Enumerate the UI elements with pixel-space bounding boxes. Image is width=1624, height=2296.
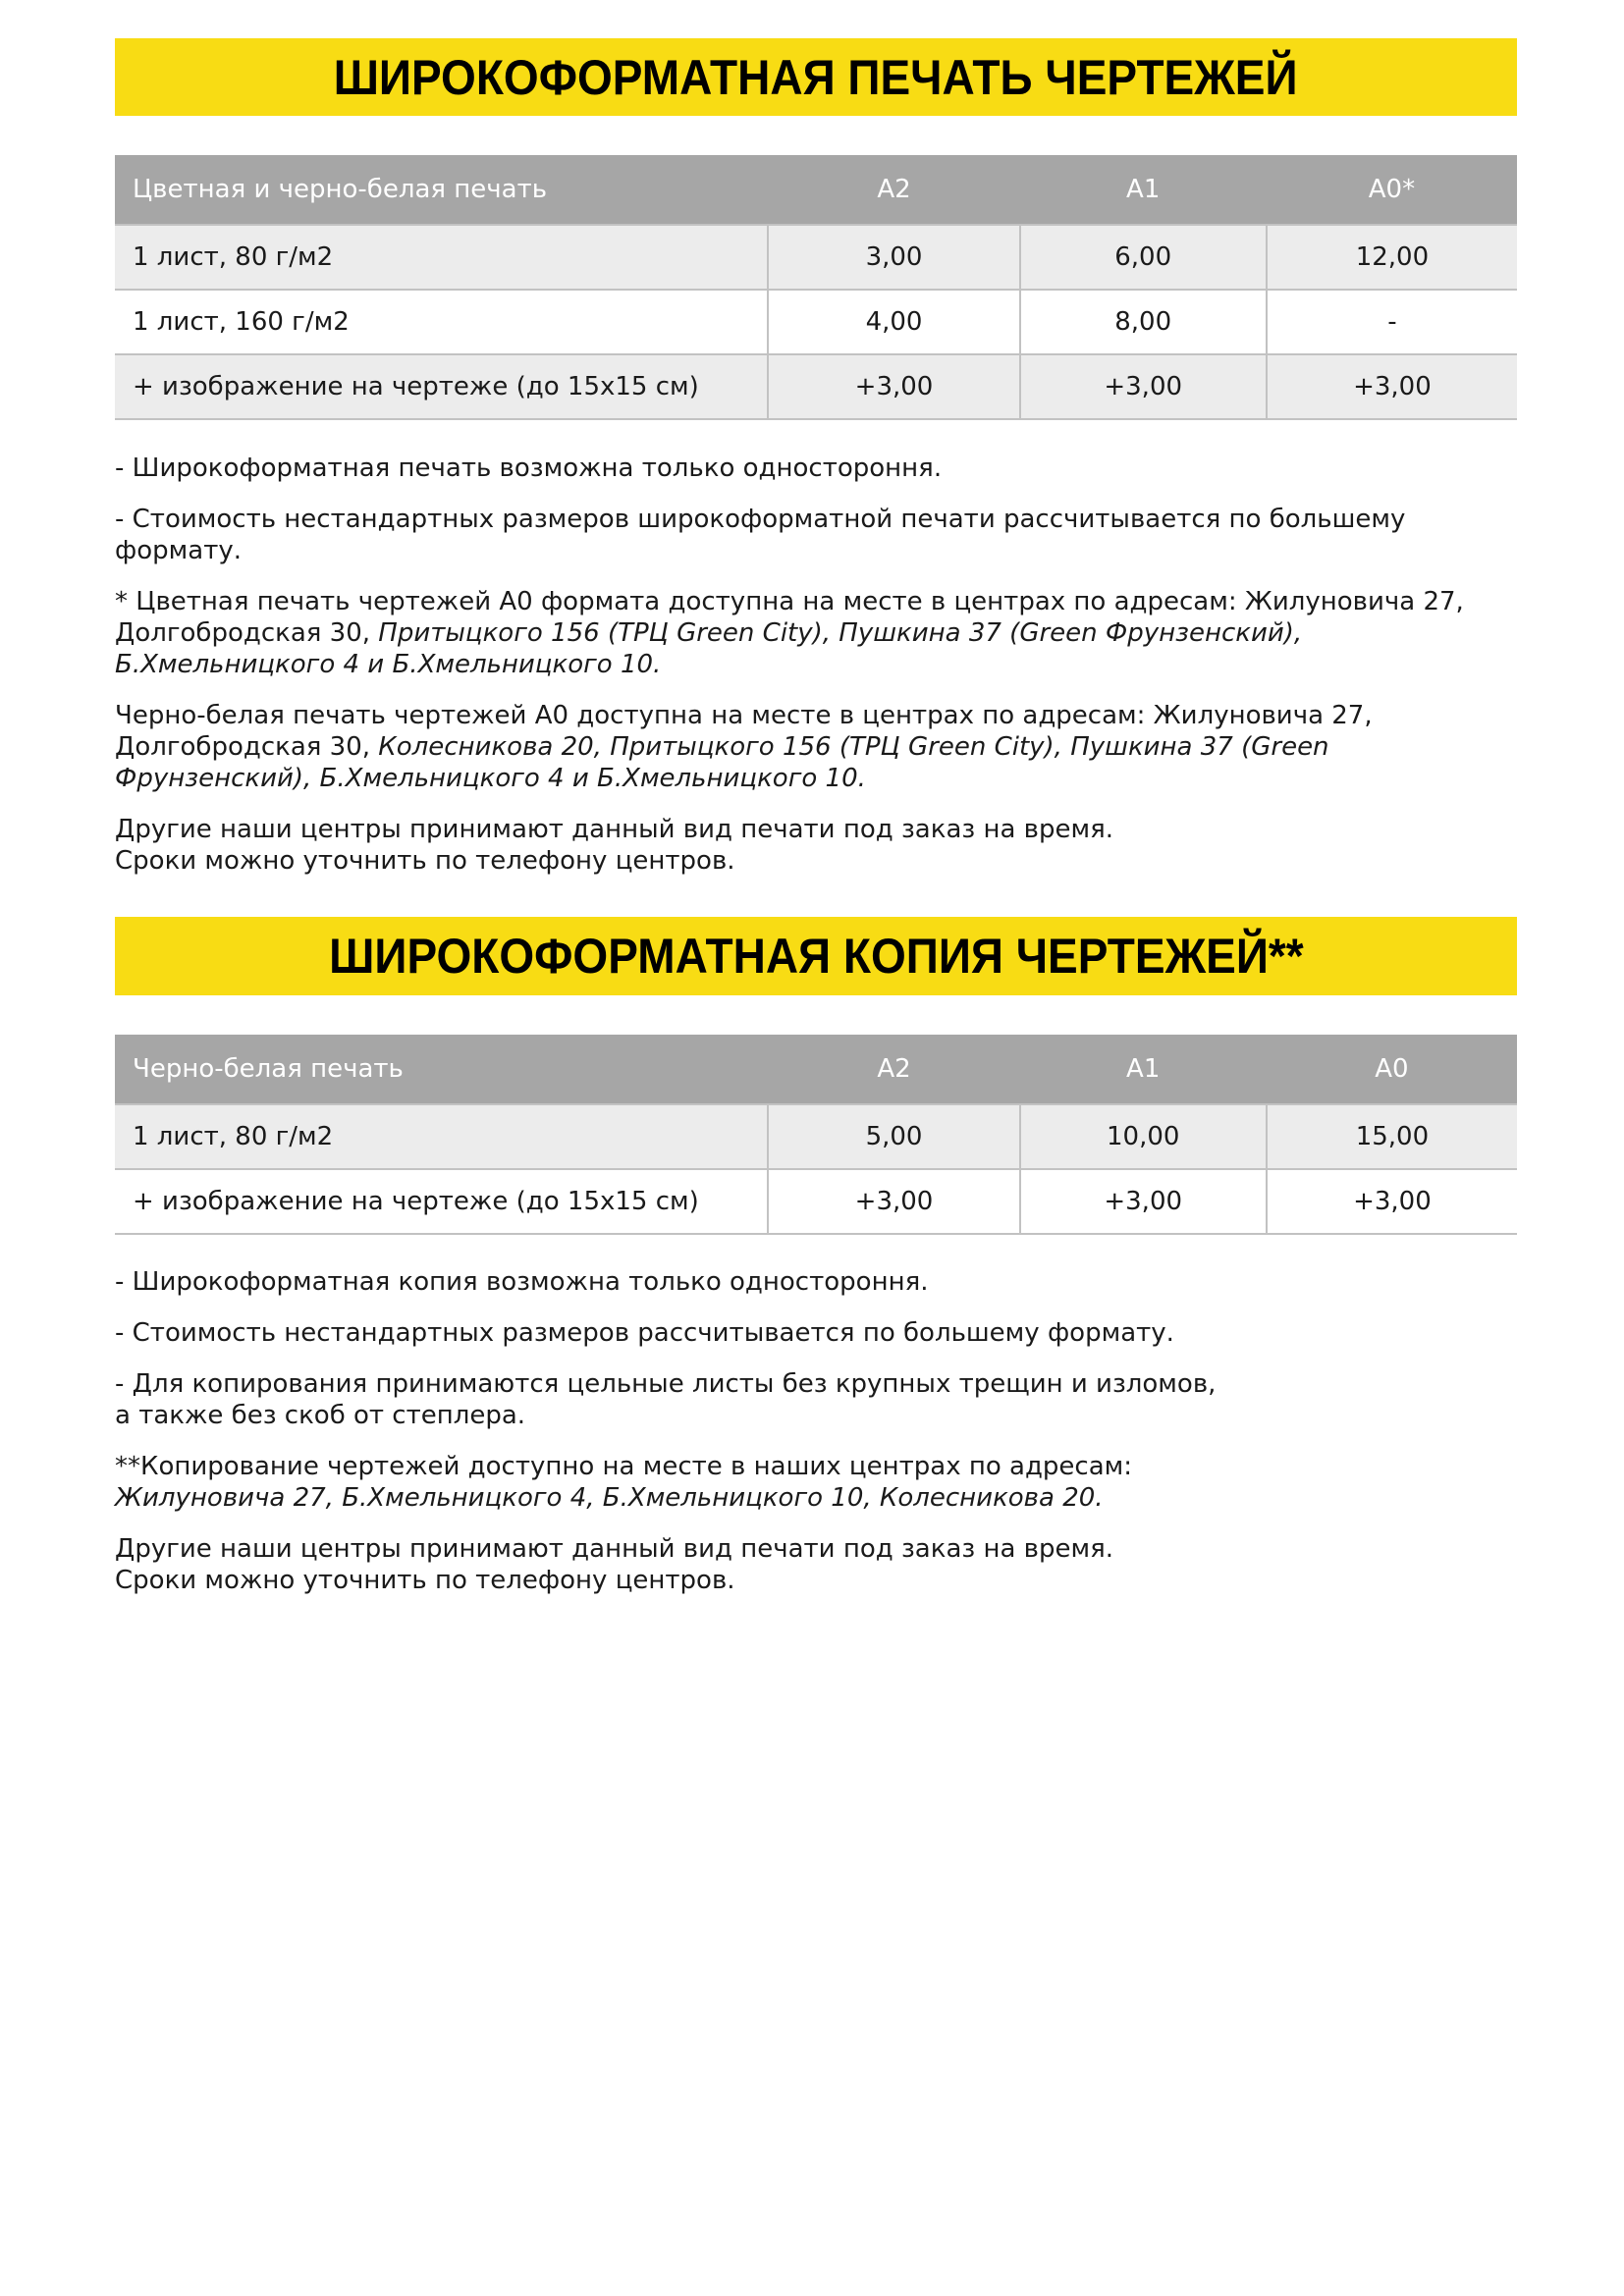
- note-copy-addresses: **Копирование чертежей доступно на месте…: [115, 1451, 1529, 1514]
- note-bw-a0: Черно-белая печать чертежей А0 доступна …: [115, 700, 1431, 794]
- column-header: Цветная и черно-белая печать: [115, 155, 768, 225]
- price-table-copy: Черно-белая печать A2 A1 A0 1 лист, 80 г…: [115, 1035, 1517, 1235]
- table-row: 1 лист, 80 г/м2 5,00 10,00 15,00: [115, 1104, 1517, 1169]
- note: - Для копирования принимаются цельные ли…: [115, 1368, 1529, 1431]
- price-cell: +3,00: [768, 1169, 1019, 1234]
- note: - Стоимость нестандартных размеров рассч…: [115, 1317, 1529, 1349]
- column-header: Черно-белая печать: [115, 1035, 768, 1104]
- table-row: 1 лист, 80 г/м2 3,00 6,00 12,00: [115, 225, 1517, 290]
- row-label: 1 лист, 160 г/м2: [115, 290, 768, 354]
- row-label: 1 лист, 80 г/м2: [115, 1104, 768, 1169]
- note-other-centers: Другие наши центры принимают данный вид …: [115, 1533, 1529, 1596]
- note-other-centers: Другие наши центры принимают данный вид …: [115, 814, 1529, 877]
- price-cell: 12,00: [1267, 225, 1517, 290]
- column-header: A1: [1020, 155, 1267, 225]
- price-table-print: Цветная и черно-белая печать A2 A1 A0* 1…: [115, 155, 1517, 420]
- column-header: A2: [768, 1035, 1019, 1104]
- note-text: - Стоимость нестандартных размеров широк…: [115, 505, 1405, 565]
- price-cell: +3,00: [1020, 354, 1267, 419]
- note-text: **Копирование чертежей доступно на месте…: [115, 1452, 1132, 1481]
- column-header: A1: [1020, 1035, 1267, 1104]
- table-header-row: Черно-белая печать A2 A1 A0: [115, 1035, 1517, 1104]
- table-header-row: Цветная и черно-белая печать A2 A1 A0*: [115, 155, 1517, 225]
- column-header: A0*: [1267, 155, 1517, 225]
- note-text: Сроки можно уточнить по телефону центров…: [115, 846, 735, 876]
- column-header: A2: [768, 155, 1019, 225]
- row-label: + изображение на чертеже (до 15х15 см): [115, 354, 768, 419]
- table-row: + изображение на чертеже (до 15х15 см) +…: [115, 1169, 1517, 1234]
- price-cell: +3,00: [1267, 354, 1517, 419]
- price-cell: 15,00: [1267, 1104, 1517, 1169]
- price-cell: 8,00: [1020, 290, 1267, 354]
- price-cell: -: [1267, 290, 1517, 354]
- section-banner-copy: ШИРОКОФОРМАТНАЯ КОПИЯ ЧЕРТЕЖЕЙ**: [115, 917, 1517, 995]
- section-title: ШИРОКОФОРМАТНАЯ КОПИЯ ЧЕРТЕЖЕЙ**: [329, 928, 1304, 985]
- column-header: A0: [1267, 1035, 1517, 1104]
- table-row: 1 лист, 160 г/м2 4,00 8,00 -: [115, 290, 1517, 354]
- note: - Широкоформатная копия возможна только …: [115, 1266, 1529, 1298]
- note-text: Сроки можно уточнить по телефону центров…: [115, 1566, 735, 1595]
- table-row: + изображение на чертеже (до 15х15 см) +…: [115, 354, 1517, 419]
- price-cell: 4,00: [768, 290, 1019, 354]
- price-cell: +3,00: [1020, 1169, 1267, 1234]
- note-text: Другие наши центры принимают данный вид …: [115, 815, 1113, 844]
- note-color-a0: * Цветная печать чертежей А0 формата дос…: [115, 586, 1509, 680]
- price-cell: 5,00: [768, 1104, 1019, 1169]
- section-banner-print: ШИРОКОФОРМАТНАЯ ПЕЧАТЬ ЧЕРТЕЖЕЙ: [115, 38, 1517, 116]
- row-label: + изображение на чертеже (до 15х15 см): [115, 1169, 768, 1234]
- price-cell: +3,00: [768, 354, 1019, 419]
- note-addresses: Жилуновича 27, Б.Хмельницкого 4, Б.Хмель…: [115, 1483, 1104, 1513]
- note-text: а также без скоб от степлера.: [115, 1401, 525, 1430]
- note: - Стоимость нестандартных размеров широк…: [115, 504, 1489, 566]
- row-label: 1 лист, 80 г/м2: [115, 225, 768, 290]
- notes-print: - Широкоформатная печать возможна только…: [115, 453, 1529, 896]
- price-cell: 10,00: [1020, 1104, 1267, 1169]
- price-cell: +3,00: [1267, 1169, 1517, 1234]
- section-title: ШИРОКОФОРМАТНАЯ ПЕЧАТЬ ЧЕРТЕЖЕЙ: [334, 49, 1298, 106]
- notes-copy: - Широкоформатная копия возможна только …: [115, 1266, 1529, 1616]
- note-text: Другие наши центры принимают данный вид …: [115, 1534, 1113, 1564]
- price-cell: 3,00: [768, 225, 1019, 290]
- note: - Широкоформатная печать возможна только…: [115, 453, 1529, 484]
- note-text: - Для копирования принимаются цельные ли…: [115, 1369, 1216, 1399]
- price-cell: 6,00: [1020, 225, 1267, 290]
